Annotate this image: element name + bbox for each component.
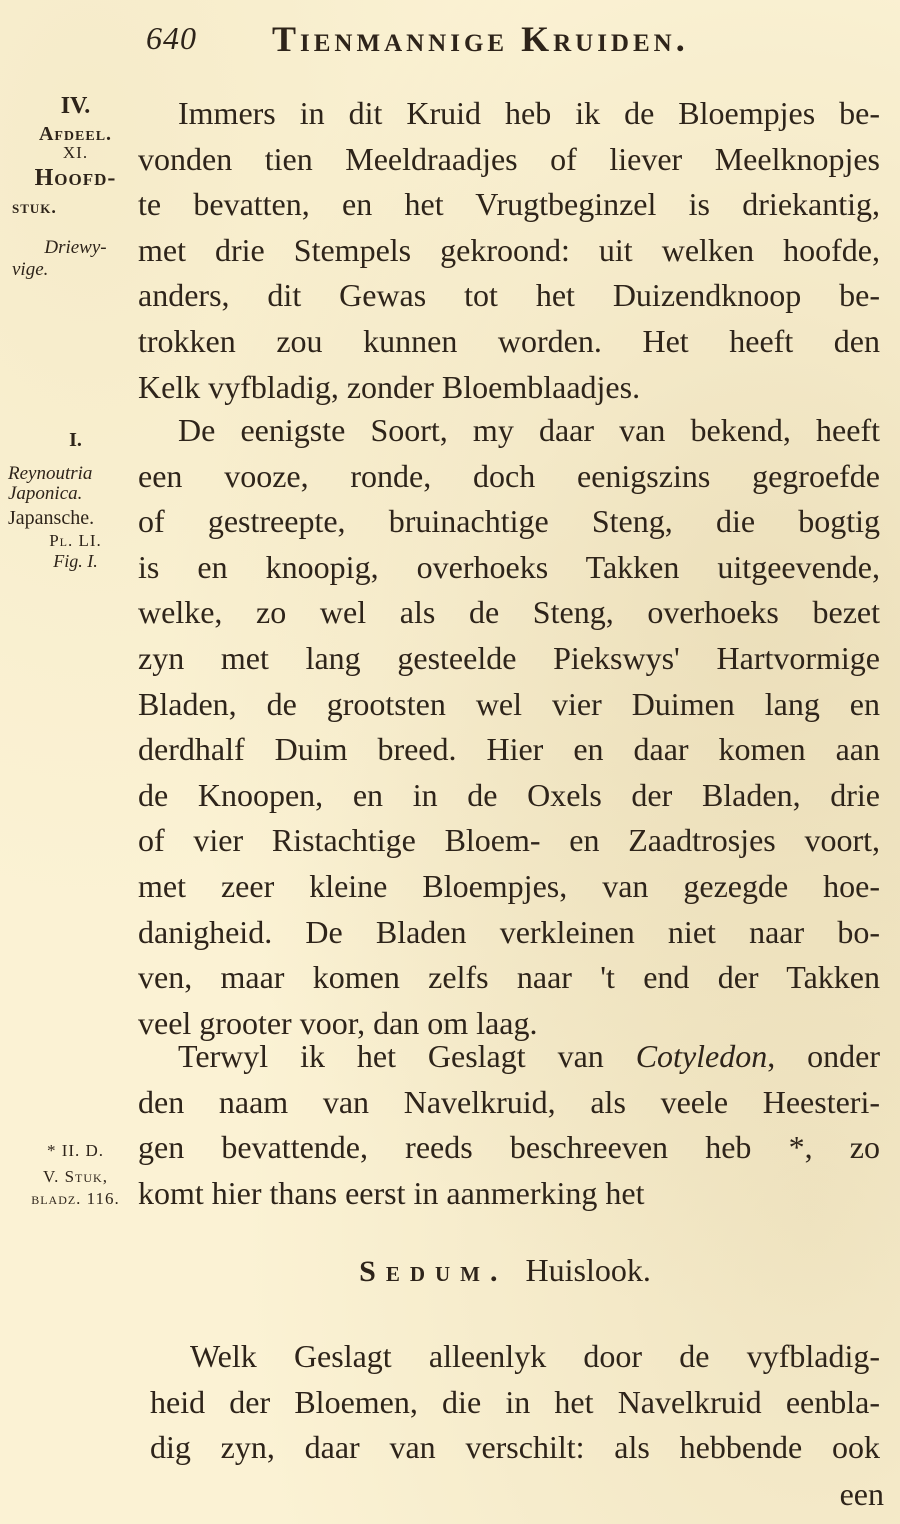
margin-note-species: I. Reynoutria Japonica. Japansche. Pl. L… [8,426,143,574]
text-line: ven, maar komen zelfs naar 't end der Ta… [138,955,880,1001]
margin-figure: Fig. I. [8,552,143,574]
section-genus: Sedum. [359,1255,507,1288]
paragraph-4: Welk Geslagt alleenlyk door de vyfbladig… [150,1334,880,1471]
text-line: is en knoopig, overhoeks Takken uitgeeve… [138,545,880,591]
margin-plate: Pl. LI. [8,532,143,552]
text-line: met drie Stempels gekroond: uit welken h… [138,228,880,274]
text-line: te bevatten, en het Vrugtbeginzel is dri… [138,182,880,228]
margin-dutch-name-2: vige. [8,260,143,282]
footnote-line-1: * II. D. [8,1142,143,1168]
text-line: een vooze, ronde, doch eenigszins gegroe… [138,454,880,500]
running-head: 640 Tienmannige Kruiden. [0,14,900,64]
text-line: derdhalf Duim breed. Hier en daar komen … [138,727,880,773]
page-number: 640 [146,20,197,57]
footnote-line-3: bladz. 116. [8,1190,143,1212]
text-line: komt hier thans eerst in aanmerking het [138,1171,880,1217]
text-line: Terwyl ik het Geslagt van Cotyledon, ond… [138,1034,880,1080]
text-line: of vier Ristachtige Bloem- en Zaadtrosje… [138,818,880,864]
text-line: met zeer kleine Bloempjes, van gezegde h… [138,864,880,910]
text-line: danigheid. De Bladen verkleinen niet naa… [138,910,880,956]
text-line: de Knoopen, en in de Oxels der Bladen, d… [138,773,880,819]
section-heading: Sedum.Huislook. [0,1252,900,1289]
margin-part-number: IV. [8,94,143,124]
paragraph-1: Immers in dit Kruid heb ik de Bloempjes … [138,91,880,410]
margin-stuk: stuk. [8,198,143,238]
text-line: gen bevattende, reeds beschreeven heb *,… [138,1125,880,1171]
text-line: anders, dit Gewas tot het Duizendknoop b… [138,273,880,319]
margin-dutch-name: Japansche. [8,508,143,532]
text-line: dig zyn, daar van verschilt: als hebbend… [150,1425,880,1471]
text-line: den naam van Navelkruid, als veele Heest… [138,1080,880,1126]
text-line: Bladen, de grootsten wel vier Duimen lan… [138,682,880,728]
text-line: of gestreepte, bruinachtige Steng, die b… [138,499,880,545]
section-vernacular-name: Huislook. [526,1252,651,1288]
text-line: Kelk vyfbladig, zonder Bloemblaadjes. [138,365,880,411]
text-line: trokken zou kunnen worden. Het heeft den [138,319,880,365]
genus-name-italic: Cotyledon [636,1038,768,1074]
paragraph-3: Terwyl ik het Geslagt van Cotyledon, ond… [138,1034,880,1216]
margin-species-number: I. [8,426,143,464]
margin-afdeel: Afdeel. [8,124,143,144]
text-line: zyn met lang gesteelde Piekswys' Hartvor… [138,636,880,682]
text-line: De eenigste Soort, my daar van bekend, h… [138,408,880,454]
footnote-line-2: V. Stuk, [8,1168,143,1190]
text-span: , onder [767,1038,880,1074]
catchword: een [840,1476,884,1513]
margin-dutch-name-1: Driewy- [8,238,143,260]
text-line: welke, zo wel als de Steng, overhoeks be… [138,590,880,636]
paragraph-2: De eenigste Soort, my daar van bekend, h… [138,408,880,1046]
margin-chapter-number: XI. [8,144,143,166]
text-line: heid der Bloemen, die in het Navelkruid … [150,1380,880,1426]
margin-note-section: IV. Afdeel. XI. Hoofd- stuk. Driewy- vig… [8,94,143,282]
text-line: vonden tien Meeldraadjes of liever Meelk… [138,137,880,183]
margin-latin-genus: Reynoutria [8,464,143,484]
text-line: Welk Geslagt alleenlyk door de vyfbladig… [150,1334,880,1380]
text-span: Terwyl ik het Geslagt van [178,1038,636,1074]
book-page: 640 Tienmannige Kruiden. IV. Afdeel. XI.… [0,0,900,1524]
margin-hoofd: Hoofd- [8,166,143,198]
margin-latin-species: Japonica. [8,484,143,508]
running-title: Tienmannige Kruiden. [272,18,689,60]
text-line: Immers in dit Kruid heb ik de Bloempjes … [138,91,880,137]
margin-footnote: * II. D. V. Stuk, bladz. 116. [8,1142,143,1212]
